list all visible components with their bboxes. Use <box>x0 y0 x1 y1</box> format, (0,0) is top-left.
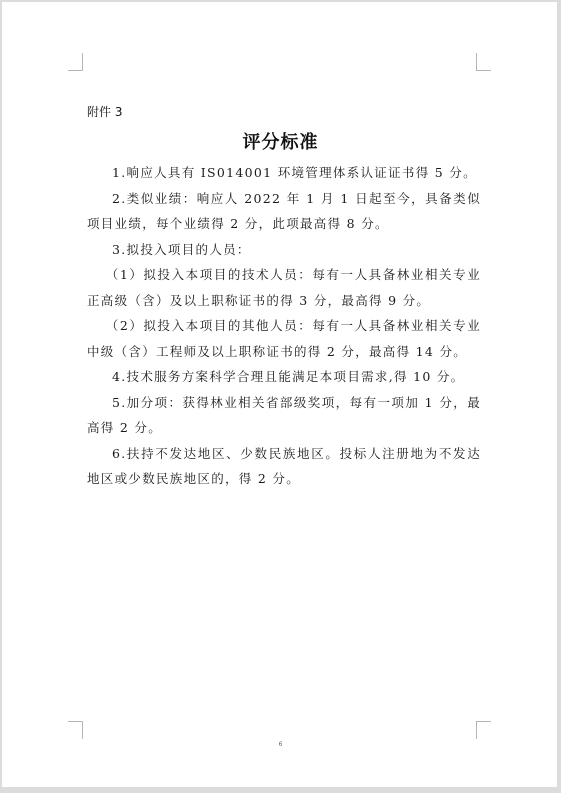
criterion-3-1: （1）拟投入本项目的技术人员：每有一人具备林业相关专业正高级（含）及以上职称证书… <box>87 262 481 313</box>
page-title: 评分标准 <box>0 128 561 154</box>
criterion-4: 4.技术服务方案科学合理且能满足本项目需求,得 10 分。 <box>87 364 481 390</box>
document-body: 1.响应人具有 IS014001 环境管理体系认证证书得 5 分。 2.类似业绩… <box>87 160 481 492</box>
margin-corner-top-left <box>68 53 83 71</box>
criterion-3-2: （2）拟投入本项目的其他人员：每有一人具备林业相关专业中级（含）工程师及以上职称… <box>87 313 481 364</box>
margin-corner-bottom-left <box>68 721 83 739</box>
criterion-6: 6.扶持不发达地区、少数民族地区。投标人注册地为不发达地区或少数民族地区的，得 … <box>87 441 481 492</box>
criterion-1: 1.响应人具有 IS014001 环境管理体系认证证书得 5 分。 <box>87 160 481 186</box>
attachment-label: 附件 3 <box>87 103 122 120</box>
margin-corner-bottom-right <box>476 721 491 739</box>
criterion-2: 2.类似业绩：响应人 2022 年 1 月 1 日起至今，具备类似项目业绩，每个… <box>87 186 481 237</box>
page-number: 6 <box>0 741 561 748</box>
margin-corner-top-right <box>476 53 491 71</box>
criterion-5: 5.加分项：获得林业相关省部级奖项，每有一项加 1 分，最高得 2 分。 <box>87 390 481 441</box>
criterion-3: 3.拟投入项目的人员： <box>87 237 481 263</box>
